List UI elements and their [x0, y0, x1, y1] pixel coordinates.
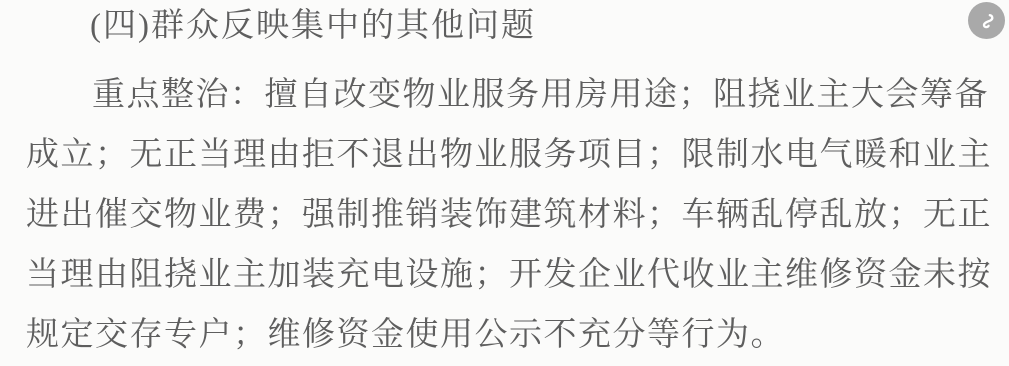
watermark-badge	[968, 2, 1005, 39]
s-curve-icon	[975, 9, 999, 33]
paragraph-line: 重点整治：擅自改变物业服务用房用途；阻挠业主大会筹备	[92, 65, 1009, 125]
document-page: (四)群众反映集中的其他问题 重点整治：擅自改变物业服务用房用途；阻挠业主大会筹…	[0, 0, 1009, 366]
paragraph: 重点整治：擅自改变物业服务用房用途；阻挠业主大会筹备 成立；无正当理由拒不退出物…	[26, 65, 1009, 365]
section-heading: (四)群众反映集中的其他问题	[90, 2, 1009, 50]
paragraph-line: 当理由阻挠业主加装充电设施；开发企业代收业主维修资金未按	[26, 245, 1009, 305]
paragraph-line: 进出催交物业费；强制推销装饰建筑材料；车辆乱停乱放；无正	[26, 185, 1009, 245]
paragraph-line: 规定交存专户；维修资金使用公示不充分等行为。	[26, 305, 1009, 365]
paragraph-line: 成立；无正当理由拒不退出物业服务项目；限制水电气暖和业主	[26, 125, 1009, 185]
